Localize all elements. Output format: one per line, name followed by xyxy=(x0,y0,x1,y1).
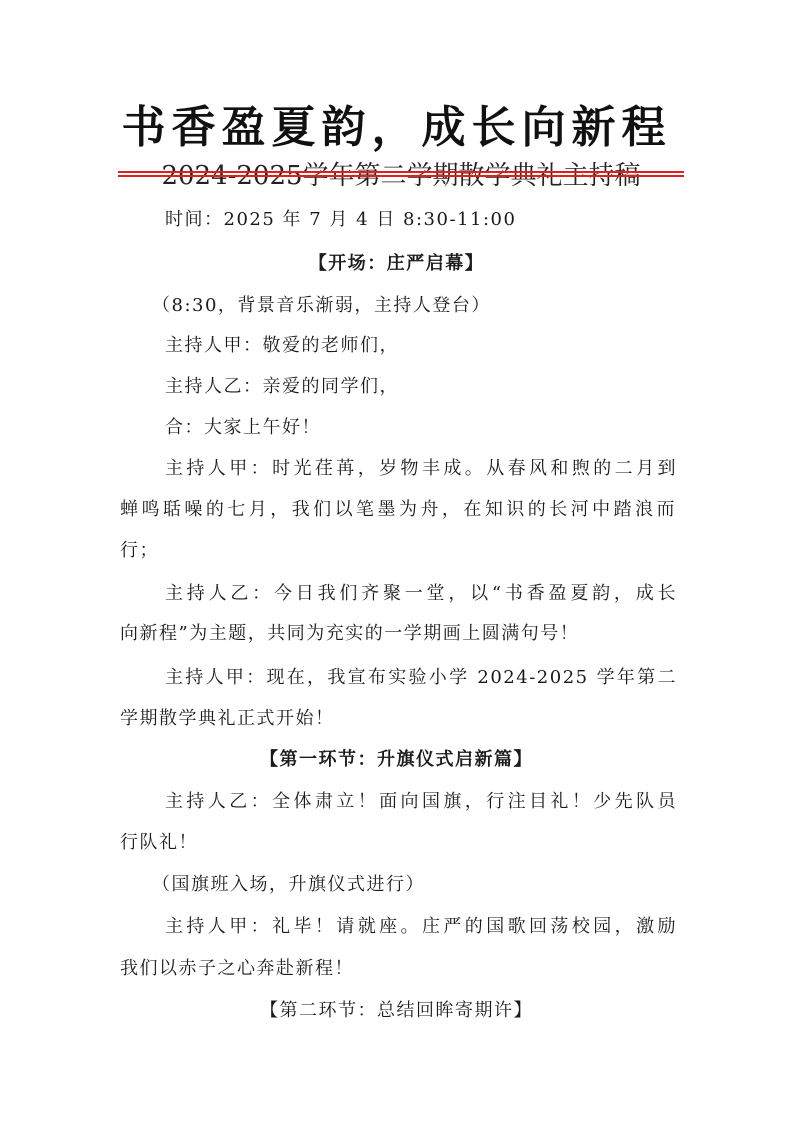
time-line: 时间：2025 年 7 月 4 日 8:30-11:00 xyxy=(165,206,721,234)
subtitle-block: 2024-2025学年第二学期散学典礼主持稿 xyxy=(118,156,684,196)
stage-direction: （8:30，背景音乐渐弱，主持人登台） xyxy=(152,292,708,320)
paragraph-line: 学期散学典礼正式开始！ xyxy=(120,705,676,733)
paragraph-line: 我们以赤子之心奔赴新程！ xyxy=(120,955,676,983)
paragraph-line: 主持人甲：礼毕！请就座。庄严的国歌回荡校园，激励 xyxy=(165,913,677,941)
paragraph-line: 行队礼！ xyxy=(120,829,676,857)
paragraph-line: 主持人乙：今日我们齐聚一堂，以“书香盈夏韵，成长 xyxy=(165,580,677,608)
section-heading-review: 【第二环节：总结回眸寄期许】 xyxy=(0,997,793,1025)
paragraph-line: 主持人乙：全体肃立！面向国旗，行注目礼！少先队员 xyxy=(165,788,677,816)
paragraph-line: 蝉鸣聒噪的七月，我们以笔墨为舟，在知识的长河中踏浪而 xyxy=(120,496,676,524)
section-heading-flag-raising: 【第一环节：升旗仪式启新篇】 xyxy=(0,746,793,774)
paragraph-line: 行； xyxy=(120,537,676,565)
paragraph-line: 主持人甲：时光荏苒，岁物丰成。从春风和煦的二月到 xyxy=(165,455,677,483)
paragraph-line: 主持人甲：现在，我宣布实验小学 2024-2025 学年第二 xyxy=(165,664,677,692)
document-page: 书香盈夏韵，成长向新程 2024-2025学年第二学期散学典礼主持稿 时间：20… xyxy=(0,0,793,1122)
host-line: 主持人乙：亲爱的同学们， xyxy=(165,373,721,401)
red-strike-line-top xyxy=(118,171,684,173)
section-heading-opening: 【开场：庄严启幕】 xyxy=(0,250,793,278)
paragraph-line: 向新程”为主题，共同为充实的一学期画上圆满句号！ xyxy=(120,620,676,648)
host-line: 主持人甲：敬爱的老师们， xyxy=(165,332,721,360)
document-title: 书香盈夏韵，成长向新程 xyxy=(0,98,793,158)
red-strike-line-bottom xyxy=(118,175,684,177)
stage-direction: （国旗班入场，升旗仪式进行） xyxy=(152,871,708,899)
host-line: 合：大家上午好！ xyxy=(165,414,721,442)
